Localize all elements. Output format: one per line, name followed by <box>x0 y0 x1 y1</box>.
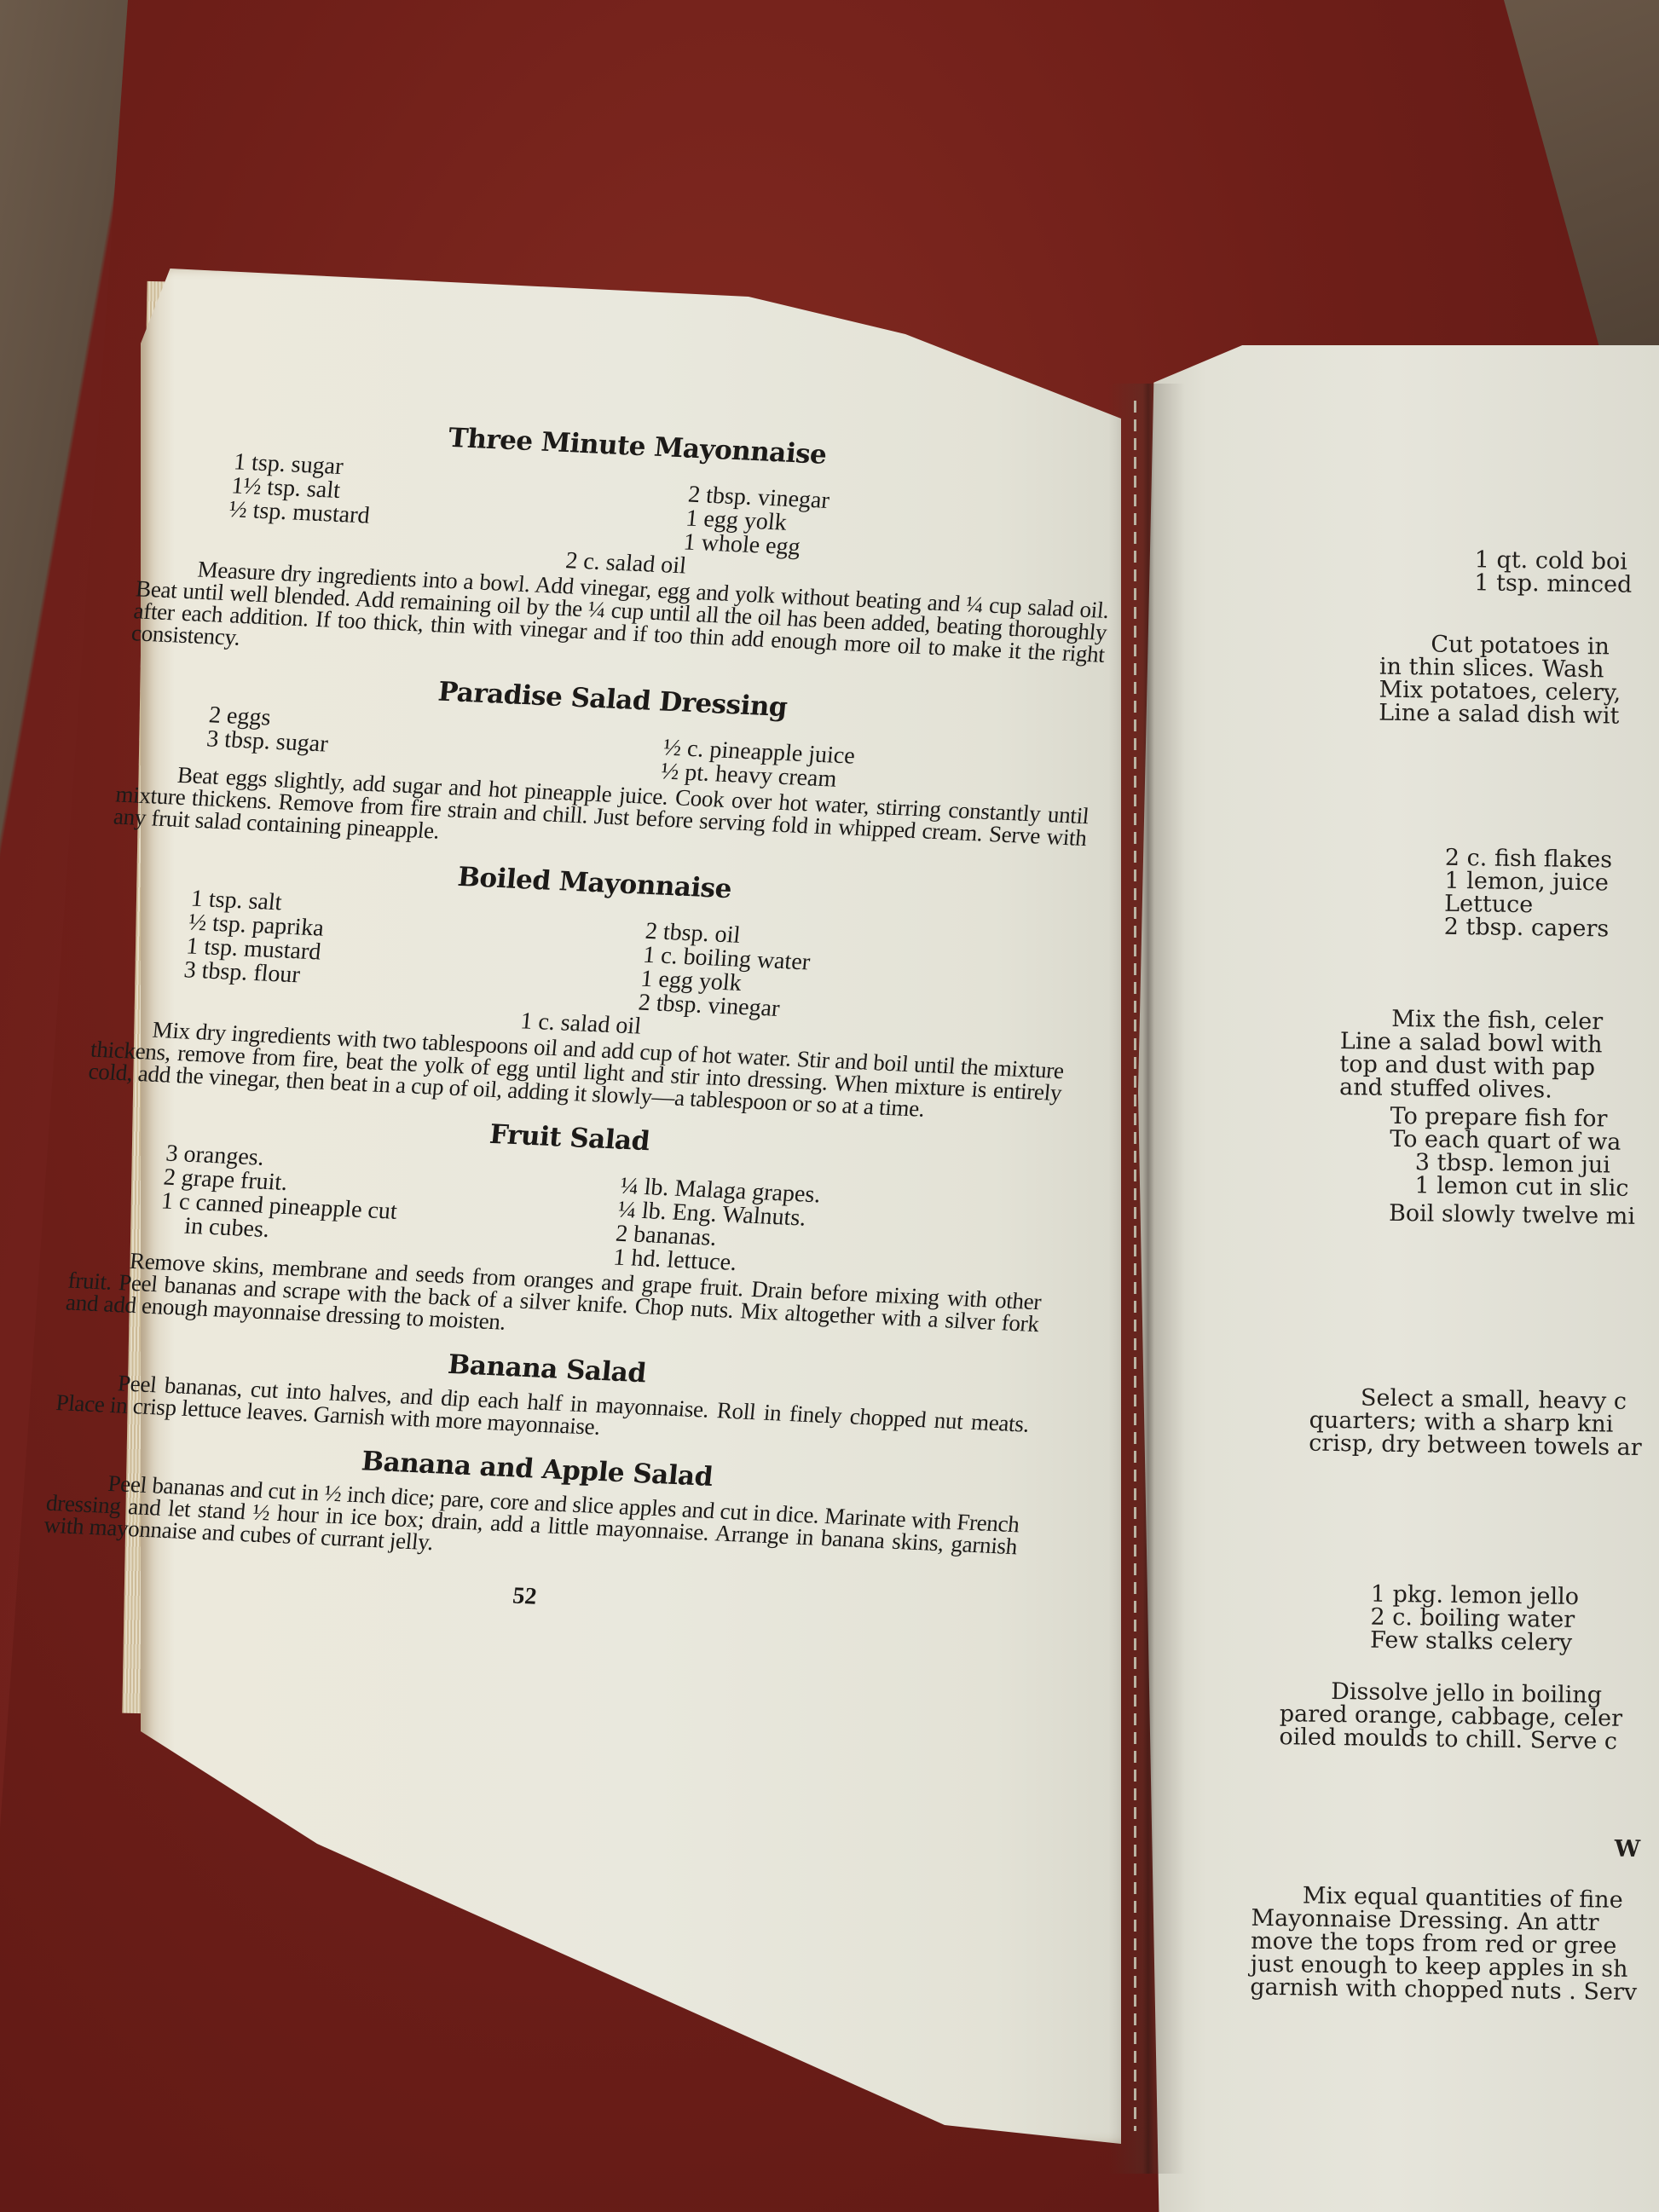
recipe-title-fragment: W <box>1614 1838 1640 1861</box>
method-line: oiled moulds to chill. Serve c <box>1279 1725 1621 1753</box>
ingredient: 1 tsp. minced <box>1474 571 1632 597</box>
ingredient: 2 tbsp. capers <box>1444 915 1612 941</box>
method-line: crisp, dry between towels ar <box>1309 1432 1642 1459</box>
jello-salad-method: Dissolve jello in boiling pared orange, … <box>1279 1679 1622 1753</box>
recipe-paradise-salad-dressing: Paradise Salad Dressing 2 eggs 3 tbsp. s… <box>113 662 1100 871</box>
recipe-fruit-salad: Fruit Salad 3 oranges. 2 grape fruit. 1 … <box>65 1100 1056 1357</box>
left-page-text: Three Minute Mayonnaise 1 tsp. sugar 1½ … <box>38 409 1124 1632</box>
jello-salad-ingredients: 1 pkg. lemon jello 2 c. boiling water Fe… <box>1370 1583 1579 1655</box>
book-gutter <box>1108 384 1185 2174</box>
potato-salad-method: Cut potatoes in in thin slices. Wash Mix… <box>1379 632 1621 728</box>
recipe-three-minute-mayonnaise: Three Minute Mayonnaise 1 tsp. sugar 1½ … <box>130 409 1124 688</box>
fish-salad-ingredients: 2 c. fish flakes 1 lemon, juice Lettuce … <box>1444 846 1613 941</box>
fish-salad-method: Mix the fish, celer Line a salad bowl wi… <box>1338 1007 1638 1228</box>
method-line: Line a salad dish wit <box>1379 702 1621 728</box>
recipe-banana-and-apple-salad: Banana and Apple Salad Peel bananas and … <box>43 1432 1024 1580</box>
recipe-boiled-mayonnaise: Boiled Mayonnaise 1 tsp. salt ½ tsp. pap… <box>88 846 1082 1126</box>
ingredient: 1 lemon cut in slic <box>1338 1173 1635 1200</box>
ingredient: Few stalks celery <box>1370 1629 1579 1655</box>
apple-salad-method: Select a small, heavy c quarters; with a… <box>1309 1386 1643 1459</box>
method-line: garnish with chopped nuts . Serv <box>1250 1976 1637 2004</box>
method-line: Boil slowly twelve mi <box>1338 1201 1635 1228</box>
binding-stitch <box>1134 401 1136 2131</box>
potato-salad-ingredients: 1 qt. cold boi 1 tsp. minced <box>1474 548 1633 597</box>
waldorf-salad-method: Mix equal quantities of fine Mayonnaise … <box>1250 1884 1639 2004</box>
